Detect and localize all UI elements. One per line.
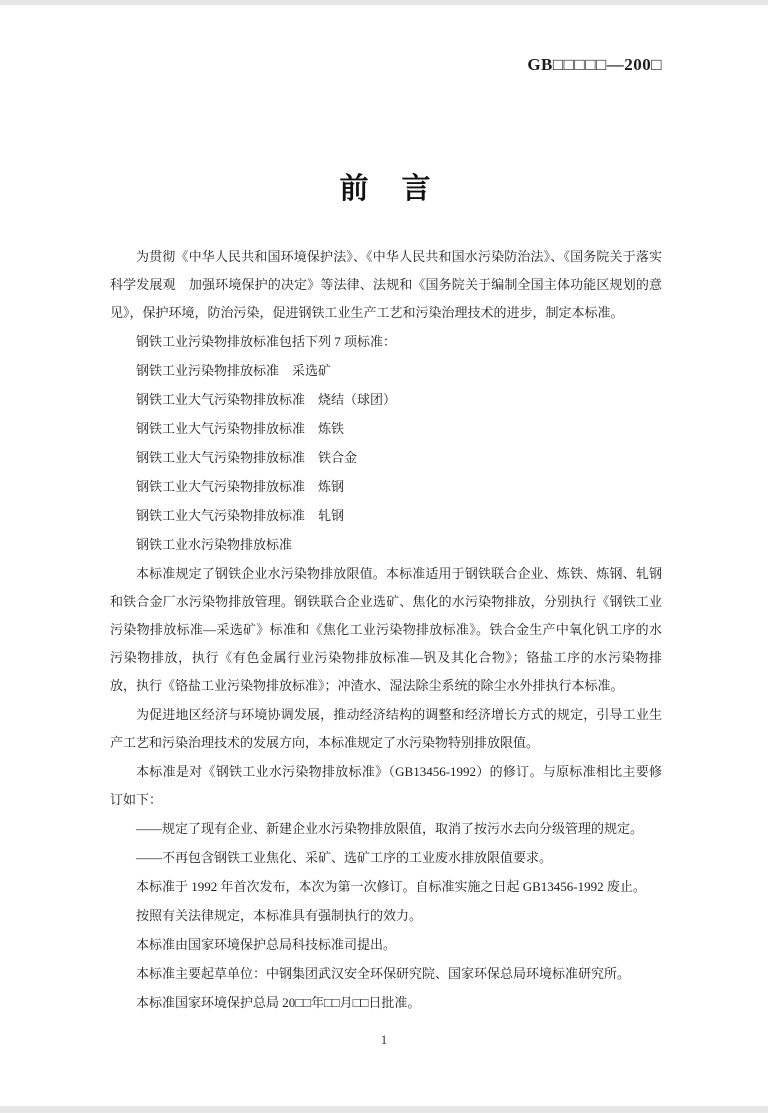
paragraph: 本标准是对《钢铁工业水污染物排放标准》（GB13456-1992）的修订。与原标…	[110, 758, 662, 814]
paragraph: 钢铁工业大气污染物排放标准 铁合金	[110, 444, 662, 472]
page-content: GB□□□□□—200□ 前 言 为贯彻《中华人民共和国环境保护法》、《中华人民…	[110, 0, 662, 1018]
paragraph: ——不再包含钢铁工业焦化、采矿、选矿工序的工业废水排放限值要求。	[110, 844, 662, 872]
paragraph: 钢铁工业污染物排放标准 采选矿	[110, 357, 662, 385]
paragraph: 钢铁工业大气污染物排放标准 烧结（球团）	[110, 386, 662, 414]
page-title: 前 言	[110, 171, 662, 207]
paragraph: 按照有关法律规定，本标准具有强制执行的效力。	[110, 902, 662, 930]
paragraph: 本标准主要起草单位：中钢集团武汉安全环保研究院、国家环保总局环境标准研究所。	[110, 960, 662, 988]
paragraph: 本标准由国家环境保护总局科技标准司提出。	[110, 931, 662, 959]
document-body: 为贯彻《中华人民共和国环境保护法》、《中华人民共和国水污染防治法》、《国务院关于…	[110, 243, 662, 1017]
paragraph: 钢铁工业水污染物排放标准	[110, 531, 662, 559]
paragraph: 为贯彻《中华人民共和国环境保护法》、《中华人民共和国水污染防治法》、《国务院关于…	[110, 243, 662, 327]
paragraph: 钢铁工业污染物排放标准包括下列 7 项标准：	[110, 328, 662, 356]
page-edge-bottom	[0, 1106, 768, 1113]
paragraph: 钢铁工业大气污染物排放标准 轧钢	[110, 502, 662, 530]
standard-number: GB□□□□□—200□	[110, 55, 662, 75]
document-page: GB□□□□□—200□ 前 言 为贯彻《中华人民共和国环境保护法》、《中华人民…	[0, 0, 768, 1113]
paragraph: 钢铁工业大气污染物排放标准 炼铁	[110, 415, 662, 443]
paragraph: 本标准规定了钢铁企业水污染物排放限值。本标准适用于钢铁联合企业、炼铁、炼钢、轧钢…	[110, 560, 662, 700]
paragraph: 本标准于 1992 年首次发布，本次为第一次修订。自标准实施之日起 GB1345…	[110, 873, 662, 901]
paragraph: 为促进地区经济与环境协调发展，推动经济结构的调整和经济增长方式的规定，引导工业生…	[110, 701, 662, 757]
page-number: 1	[0, 1032, 768, 1048]
paragraph: 钢铁工业大气污染物排放标准 炼钢	[110, 473, 662, 501]
paragraph: ——规定了现有企业、新建企业水污染物排放限值，取消了按污水去向分级管理的规定。	[110, 815, 662, 843]
paragraph: 本标准国家环境保护总局 20□□年□□月□□日批准。	[110, 989, 662, 1017]
